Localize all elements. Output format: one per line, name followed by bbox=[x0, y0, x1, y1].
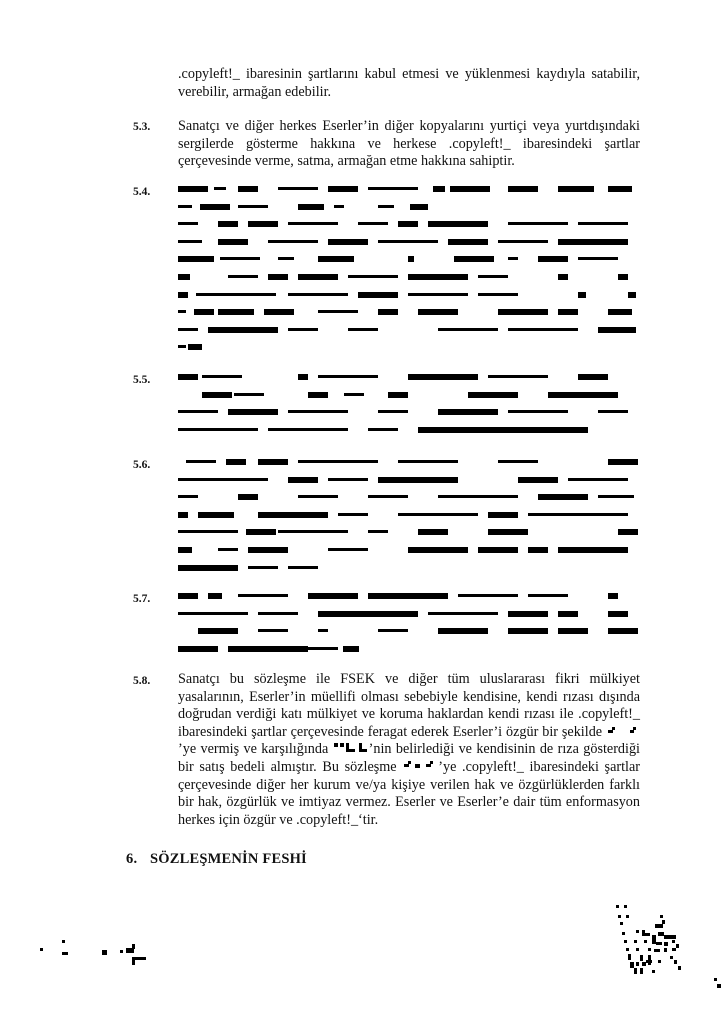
redacted-name-mask bbox=[606, 726, 640, 735]
section-heading-6: 6.SÖZLEŞMENİN FESHİ bbox=[126, 851, 307, 868]
section-number-5-3: 5.3. bbox=[133, 121, 150, 133]
signature-right bbox=[608, 900, 724, 1010]
section-5-3-text: Sanatçı ve diğer herkes Eserler’in diğer… bbox=[178, 118, 640, 171]
heading-number: 6. bbox=[126, 851, 150, 868]
section-number-5-4: 5.4. bbox=[133, 186, 150, 198]
redacted-name-mask bbox=[333, 743, 369, 752]
section-5-8-part-1: Sanatçı bu sözleşme ile FSEK ve diğer tü… bbox=[178, 671, 640, 740]
document-page: .copyleft!_ ibaresinin şartlarını kabul … bbox=[0, 0, 724, 1024]
section-5-8-part-2: ’ye vermiş ve karşılığında bbox=[178, 741, 333, 757]
section-5-4-redacted-text bbox=[178, 181, 640, 357]
section-number-5-5: 5.5. bbox=[133, 374, 150, 386]
section-number-5-7: 5.7. bbox=[133, 593, 150, 605]
initials-left bbox=[38, 940, 158, 980]
section-5-6-redacted-text bbox=[178, 454, 640, 577]
continuation-paragraph: .copyleft!_ ibaresinin şartlarını kabul … bbox=[178, 66, 640, 101]
section-5-7-redacted-text bbox=[178, 588, 640, 658]
section-number-5-8: 5.8. bbox=[133, 675, 150, 687]
section-number-5-6: 5.6. bbox=[133, 459, 150, 471]
redacted-name-mask bbox=[402, 761, 438, 770]
heading-title: SÖZLEŞMENİN FESHİ bbox=[150, 851, 307, 867]
section-5-5-redacted-text bbox=[178, 369, 640, 439]
section-5-8-text: Sanatçı bu sözleşme ile FSEK ve diğer tü… bbox=[178, 671, 640, 829]
